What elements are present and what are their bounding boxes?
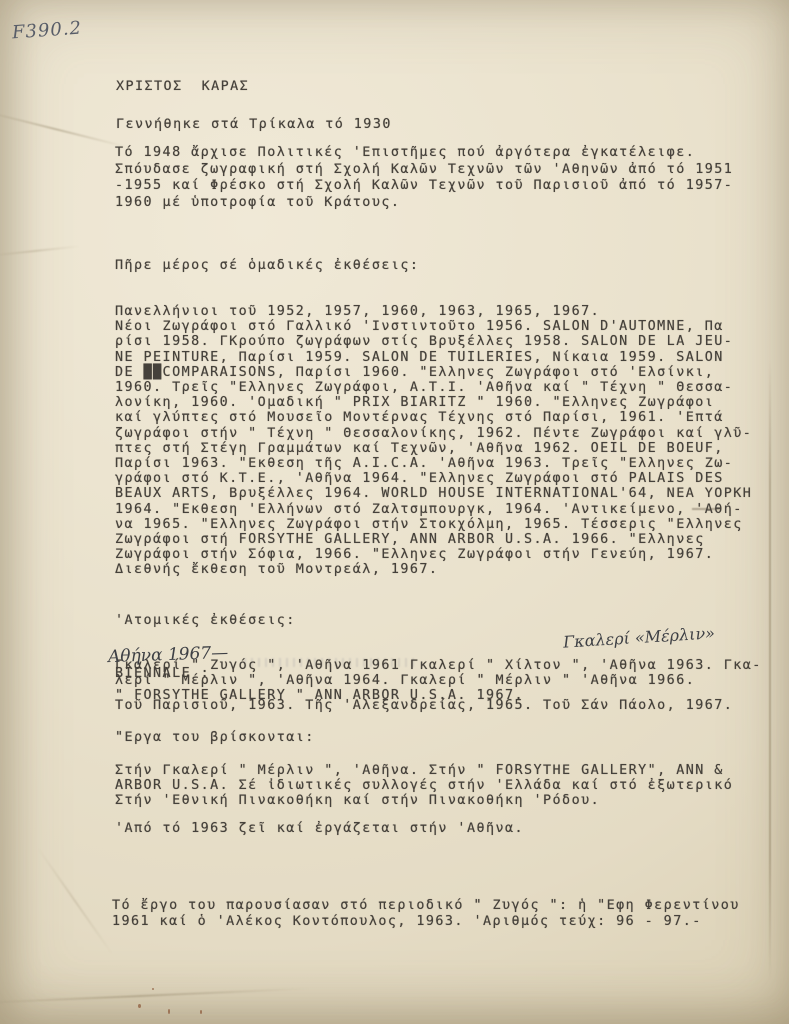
text-line: 1961 καί ὁ 'Αλέκος Κοντόπουλος, 1963. 'Α… (112, 914, 740, 930)
text-line: καί γλύπτες στό Μουσεῖο Μοντέρνας Τέχνης… (115, 410, 752, 425)
paper-crease (0, 110, 128, 148)
paper-crease (37, 847, 113, 955)
text-line: γράφοι στό Κ.Τ.Ε., 'Αθῆνα 1964. "Ελληνες… (115, 471, 752, 486)
residence-line: 'Από τό 1963 ζεῖ καί ἐργάζεται στήν 'Αθῆ… (115, 821, 524, 836)
text-line: λονίκη, 1960. 'Ομαδική " PRIX BIARITZ " … (115, 395, 752, 410)
publication-text: Τό ἔργο του παρουσίασαν στό περιοδικό " … (112, 898, 740, 930)
text-line: Στήν Γκαλερί " Μέρλιν ", 'Αθῆνα. Στήν " … (115, 763, 733, 778)
text-line: να 1965. "Ελληνες Ζωγράφοι στήν Στοκχόλμ… (115, 517, 752, 532)
text-line: Ζωγράφοι στήν Σόφια, 1966. "Ελληνες Ζωγρ… (115, 547, 752, 562)
text-line: NE PEINTURE, Παρίσι 1959. SALON DE TUILE… (115, 350, 752, 365)
text-line: 1964. "Εκθεση 'Ελλήνων στό Ζαλτσμπουργκ,… (115, 502, 752, 517)
text-line: πτες στή Στέγη Γραμμάτων καί Τεχνῶν, 'Αθ… (115, 441, 752, 456)
text-line: Στήν 'Εθνική Πινακοθήκη καί στήν Πινακοθ… (115, 793, 733, 808)
paper-crease (0, 988, 310, 1005)
group-exhibitions-heading: Πῆρε μέρος σέ ὁμαδικές ἐκθέσεις: (115, 258, 752, 273)
text-line: Ζωγράφοι στή FORSYTHE GALLERY, ANN ARBOR… (115, 532, 752, 547)
biennale-line: Τοῦ Παρισιοῦ, 1963. Τῆς 'Αλεξανδρείας, 1… (115, 698, 733, 713)
text-line: ζωγράφοι στήν " Τέχνη " Θεσσαλονίκης, 19… (115, 426, 752, 441)
text-line: BEAUX ARTS, Βρυξέλλες 1964. WORLD HOUSE … (115, 486, 752, 501)
archive-code-note: F390.2 (11, 18, 82, 44)
text-line: λερί " Μέρλιν ", 'Αθῆνα 1964. Γκαλερί " … (115, 673, 762, 688)
text-line: Νέοι Ζωγράφοι στό Γαλλικό 'Ινστιντοῦτο 1… (115, 319, 752, 334)
paper-speck (200, 1010, 202, 1014)
paper-speck (168, 1009, 170, 1014)
text-line: 1960 μέ ὑποτροφία τοῦ Κράτους. (115, 195, 733, 212)
works-heading: "Εργα του βρίσκονται: (115, 730, 315, 745)
page-title: ΧΡΙΣΤΟΣ ΚΑΡΑΣ (116, 79, 249, 94)
paper-speck (138, 1004, 141, 1008)
handwritten-athens-note: Αθήνα 1967— (108, 643, 229, 667)
text-line: ρίσι 1958. ΓΚρούπο ζωγράφων στίς Βρυξέλλ… (115, 334, 752, 349)
text-line: Τό 1948 ἄρχισε Πολιτικές 'Επιστῆμες πού … (115, 145, 733, 162)
education-paragraph: Τό 1948 ἄρχισε Πολιτικές 'Επιστῆμες πού … (115, 145, 733, 211)
paper-fold-right (769, 360, 771, 980)
text-line: Σπόυδασε ζωγραφική στή Σχολή Καλῶν Τεχνῶ… (115, 162, 733, 179)
text-line: -1955 καί Φρέσκο στή Σχολή Καλῶν Τεχνῶν … (115, 178, 733, 195)
birth-line: Γεννήθηκε στά Τρίκαλα τό 1930 (116, 117, 392, 132)
text-line: Τό ἔργο του παρουσίασαν στό περιοδικό " … (112, 898, 740, 914)
text-line: Παρίσι 1963. "Εκθεση τῆς A.I.C.A. 'Αθῆνα… (115, 456, 752, 471)
text-line: 1960. Τρεῖς "Ελληνες Ζωγράφοι, Α.Τ.Ι. 'Α… (115, 380, 752, 395)
solo-exhibitions-text: Γκαλερί " Ζυγός ", 'Αθῆνα 1961 Γκαλερί "… (115, 658, 762, 703)
biennale-heading: BIENNALE : (115, 666, 210, 681)
paper-speck (152, 988, 154, 990)
text-line: DE ██COMPARAISONS, Παρίσι 1960. "Ελληνες… (115, 365, 752, 380)
paper-crease (0, 245, 80, 256)
text-line: ARBOR U.S.A. Σέ ἰδιωτικές συλλογές στήν … (115, 778, 733, 793)
group-exhibitions-text: Πανελλήνιοι τοῦ 1952, 1957, 1960, 1963, … (115, 304, 752, 578)
scanned-typewritten-page: F390.2 ΧΡΙΣΤΟΣ ΚΑΡΑΣ Γεννήθηκε στά Τρίκα… (0, 0, 789, 1024)
works-text: Στήν Γκαλερί " Μέρλιν ", 'Αθῆνα. Στήν " … (115, 763, 733, 809)
group-exhibitions-section: Πῆρε μέρος σέ ὁμαδικές ἐκθέσεις: Πανελλή… (115, 228, 752, 608)
text-line: Πανελλήνιοι τοῦ 1952, 1957, 1960, 1963, … (115, 304, 752, 319)
text-line: Διεθνής ἔκθεση τοῦ Μοντρεάλ, 1967. (115, 562, 752, 577)
